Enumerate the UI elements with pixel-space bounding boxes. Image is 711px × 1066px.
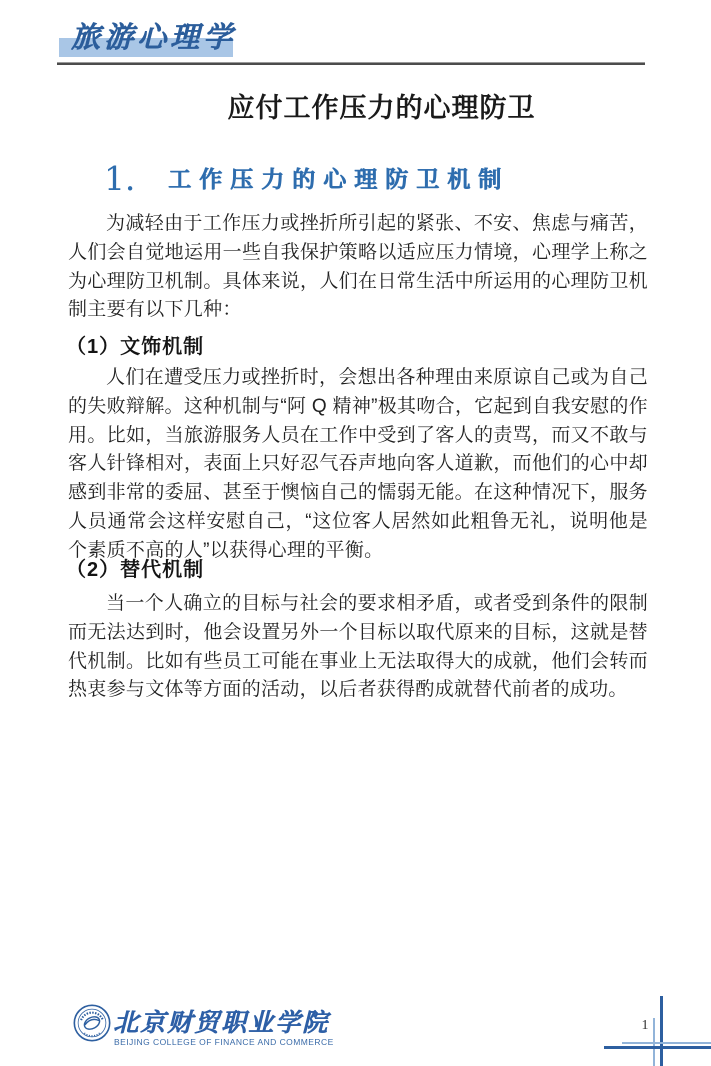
subsection-1-heading: （1）文饰机制	[66, 330, 204, 359]
book-title: 旅游心理学	[71, 20, 236, 54]
document-page: 旅游心理学 应付工作压力的心理防卫 1．工作压力的心理防卫机制 为减轻由于工作压…	[0, 0, 711, 1066]
section-title: 工作压力的心理防卫机制	[168, 166, 509, 192]
page-number: 1	[638, 1018, 652, 1034]
subsection-1-paragraph: 人们在遭受压力或挫折时，会想出各种理由来原谅自己或为自己的失败辩解。这种机制与“…	[68, 364, 648, 566]
page-title: 应付工作压力的心理防卫	[0, 86, 711, 125]
college-name-en: BEIJING COLLEGE OF FINANCE AND COMMERCE	[114, 1037, 334, 1047]
section-heading: 1．工作压力的心理防卫机制	[104, 153, 509, 200]
section-number: 1．	[104, 159, 158, 198]
corner-line-horizontal-light	[622, 1042, 711, 1044]
subsection-2-paragraph: 当一个人确立的目标与社会的要求相矛盾，或者受到条件的限制而无法达到时，他会设置另…	[68, 590, 648, 705]
subsection-2-heading: （2）替代机制	[66, 553, 204, 582]
corner-line-horizontal-dark	[604, 1046, 711, 1049]
corner-line-vertical-dark	[660, 996, 663, 1066]
college-name-cn: 北京财贸职业学院	[113, 1003, 329, 1039]
college-seal-icon	[73, 1004, 111, 1042]
header-rule	[57, 62, 645, 65]
intro-paragraph: 为减轻由于工作压力或挫折所引起的紧张、不安、焦虑与痛苦，人们会自觉地运用一些自我…	[68, 210, 648, 325]
